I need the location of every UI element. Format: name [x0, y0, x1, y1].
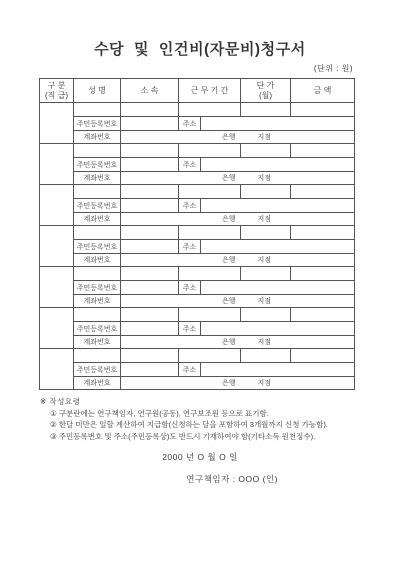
affiliation-cell: [121, 349, 179, 363]
category-cell: [40, 226, 74, 267]
rrn-label: 주민등록번호: [74, 117, 121, 131]
unit-price-cell: [241, 144, 291, 158]
account-row: 계좌번호 은행 지점: [40, 213, 355, 226]
rrn-value-cell: [121, 322, 179, 336]
entry-block: 주민등록번호 주소 계좌번호 은행 지점: [40, 267, 355, 308]
address-value-cell: [201, 199, 355, 213]
work-period-cell: [179, 267, 241, 281]
entry-block: 주민등록번호 주소 계좌번호 은행 지점: [40, 185, 355, 226]
unit-price-cell: [241, 267, 291, 281]
page-title: 수당 및 인건비(자문비)청구서: [0, 38, 400, 59]
name-cell: [74, 267, 121, 281]
affiliation-cell: [121, 308, 179, 322]
rrn-value-cell: [121, 199, 179, 213]
category-cell: [40, 103, 74, 144]
header-cell-unit-price: 단 가 (월): [241, 79, 291, 103]
bank-branch-cell: 은행 지점: [121, 336, 355, 349]
amount-cell: [291, 144, 355, 158]
address-value-cell: [201, 240, 355, 254]
rrn-row: 주민등록번호 주소: [40, 117, 355, 131]
account-label: 계좌번호: [74, 131, 121, 144]
name-cell: [74, 349, 121, 363]
category-cell: [40, 308, 74, 349]
header-cell-amount: 금 액: [291, 79, 355, 103]
category-cell: [40, 349, 74, 390]
notes-section: ※ 작성요령 ① 구분란에는 연구책임자, 연구원(공동), 연구보조원 등으로…: [40, 396, 328, 442]
bank-label: 은행: [222, 175, 236, 182]
category-cell: [40, 144, 74, 185]
date-line: 2000 년 O 월 O 일: [0, 451, 400, 463]
work-period-cell: [179, 185, 241, 199]
bank-label: 은행: [222, 298, 236, 305]
header-category-line2: (직 급): [40, 91, 73, 101]
header-cell-name: 성 명: [74, 79, 121, 103]
amount-cell: [291, 185, 355, 199]
rrn-label: 주민등록번호: [74, 199, 121, 213]
entry-block: 주민등록번호 주소 계좌번호 은행 지점: [40, 308, 355, 349]
unit-price-cell: [241, 349, 291, 363]
header-unit-price-line2: (월): [241, 91, 290, 101]
work-period-cell: [179, 349, 241, 363]
category-cell: [40, 267, 74, 308]
entry-main-row: [40, 267, 355, 281]
address-value-cell: [201, 117, 355, 131]
category-cell: [40, 185, 74, 226]
account-row: 계좌번호 은행 지점: [40, 131, 355, 144]
bank-label: 은행: [222, 380, 236, 387]
branch-label: 지점: [257, 175, 271, 182]
entry-main-row: [40, 349, 355, 363]
rrn-value-cell: [121, 363, 179, 377]
rrn-label: 주민등록번호: [74, 240, 121, 254]
rrn-value-cell: [121, 117, 179, 131]
header-cell-work-period: 근 무 기 간: [179, 79, 241, 103]
rrn-row: 주민등록번호 주소: [40, 199, 355, 213]
entry-main-row: [40, 226, 355, 240]
account-row: 계좌번호 은행 지점: [40, 295, 355, 308]
rrn-row: 주민등록번호 주소: [40, 158, 355, 172]
affiliation-cell: [121, 103, 179, 117]
unit-price-cell: [241, 226, 291, 240]
rrn-label: 주민등록번호: [74, 322, 121, 336]
name-cell: [74, 308, 121, 322]
account-label: 계좌번호: [74, 377, 121, 390]
bank-branch-cell: 은행 지점: [121, 172, 355, 185]
amount-cell: [291, 103, 355, 117]
account-row: 계좌번호 은행 지점: [40, 172, 355, 185]
branch-label: 지점: [257, 298, 271, 305]
rrn-row: 주민등록번호 주소: [40, 322, 355, 336]
rrn-value-cell: [121, 158, 179, 172]
address-label: 주소: [179, 199, 201, 213]
header-unit-price-line1: 단 가: [241, 81, 290, 91]
work-period-cell: [179, 308, 241, 322]
unit-price-cell: [241, 103, 291, 117]
work-period-cell: [179, 103, 241, 117]
bank-branch-cell: 은행 지점: [121, 254, 355, 267]
account-row: 계좌번호 은행 지점: [40, 377, 355, 390]
address-value-cell: [201, 281, 355, 295]
bank-branch-cell: 은행 지점: [121, 377, 355, 390]
affiliation-cell: [121, 185, 179, 199]
address-label: 주소: [179, 117, 201, 131]
header-row: 구 분 (직 급) 성 명 소 속 근 무 기 간 단 가 (월) 금 액: [40, 79, 355, 103]
note-item-2: ② 한달 미만은 일할 계산하여 지급함(신청하는 달을 포함하여 3개월까지 …: [50, 419, 328, 431]
account-label: 계좌번호: [74, 295, 121, 308]
entry-block: 주민등록번호 주소 계좌번호 은행 지점: [40, 103, 355, 144]
amount-cell: [291, 349, 355, 363]
branch-label: 지점: [257, 380, 271, 387]
rrn-label: 주민등록번호: [74, 158, 121, 172]
bank-label: 은행: [222, 134, 236, 141]
header-cell-category: 구 분 (직 급): [40, 79, 74, 103]
unit-note: (단위 : 원): [0, 63, 353, 74]
bank-branch-cell: 은행 지점: [121, 131, 355, 144]
account-label: 계좌번호: [74, 254, 121, 267]
entry-main-row: [40, 144, 355, 158]
note-item-3: ③ 주민등록번호 및 주소(주민등록상)도 반드시 기재하여야 함(기타소득 원…: [50, 431, 328, 443]
rrn-label: 주민등록번호: [74, 363, 121, 377]
account-row: 계좌번호 은행 지점: [40, 336, 355, 349]
account-label: 계좌번호: [74, 172, 121, 185]
rrn-row: 주민등록번호 주소: [40, 240, 355, 254]
table-header: 구 분 (직 급) 성 명 소 속 근 무 기 간 단 가 (월) 금 액: [40, 79, 355, 103]
bank-label: 은행: [222, 339, 236, 346]
address-label: 주소: [179, 281, 201, 295]
document-page: 수당 및 인건비(자문비)청구서 (단위 : 원) 구 분 (직 급) 성 명 …: [0, 0, 400, 566]
bank-branch-cell: 은행 지점: [121, 295, 355, 308]
amount-cell: [291, 267, 355, 281]
branch-label: 지점: [257, 216, 271, 223]
rrn-row: 주민등록번호 주소: [40, 281, 355, 295]
rrn-label: 주민등록번호: [74, 281, 121, 295]
header-cell-affiliation: 소 속: [121, 79, 179, 103]
affiliation-cell: [121, 226, 179, 240]
account-label: 계좌번호: [74, 336, 121, 349]
account-row: 계좌번호 은행 지점: [40, 254, 355, 267]
address-value-cell: [201, 363, 355, 377]
entry-block: 주민등록번호 주소 계좌번호 은행 지점: [40, 144, 355, 185]
rrn-row: 주민등록번호 주소: [40, 363, 355, 377]
account-label: 계좌번호: [74, 213, 121, 226]
amount-cell: [291, 308, 355, 322]
address-value-cell: [201, 322, 355, 336]
address-label: 주소: [179, 322, 201, 336]
header-category-line1: 구 분: [40, 81, 73, 91]
branch-label: 지점: [257, 134, 271, 141]
address-label: 주소: [179, 363, 201, 377]
entry-block: 주민등록번호 주소 계좌번호 은행 지점: [40, 349, 355, 390]
unit-price-cell: [241, 308, 291, 322]
address-value-cell: [201, 158, 355, 172]
name-cell: [74, 226, 121, 240]
name-cell: [74, 144, 121, 158]
entry-main-row: [40, 185, 355, 199]
work-period-cell: [179, 144, 241, 158]
branch-label: 지점: [257, 339, 271, 346]
work-period-cell: [179, 226, 241, 240]
amount-cell: [291, 226, 355, 240]
signature-line: 연구책임자 : OOO (인): [0, 473, 278, 485]
bank-label: 은행: [222, 216, 236, 223]
address-label: 주소: [179, 158, 201, 172]
rrn-value-cell: [121, 240, 179, 254]
address-label: 주소: [179, 240, 201, 254]
entry-main-row: [40, 103, 355, 117]
claim-table: 구 분 (직 급) 성 명 소 속 근 무 기 간 단 가 (월) 금 액: [39, 78, 355, 390]
note-item-1: ① 구분란에는 연구책임자, 연구원(공동), 연구보조원 등으로 표기함.: [50, 408, 328, 420]
entry-block: 주민등록번호 주소 계좌번호 은행 지점: [40, 226, 355, 267]
affiliation-cell: [121, 267, 179, 281]
entry-main-row: [40, 308, 355, 322]
branch-label: 지점: [257, 257, 271, 264]
rrn-value-cell: [121, 281, 179, 295]
affiliation-cell: [121, 144, 179, 158]
bank-branch-cell: 은행 지점: [121, 213, 355, 226]
name-cell: [74, 103, 121, 117]
unit-price-cell: [241, 185, 291, 199]
name-cell: [74, 185, 121, 199]
notes-heading: ※ 작성요령: [40, 396, 328, 408]
bank-label: 은행: [222, 257, 236, 264]
